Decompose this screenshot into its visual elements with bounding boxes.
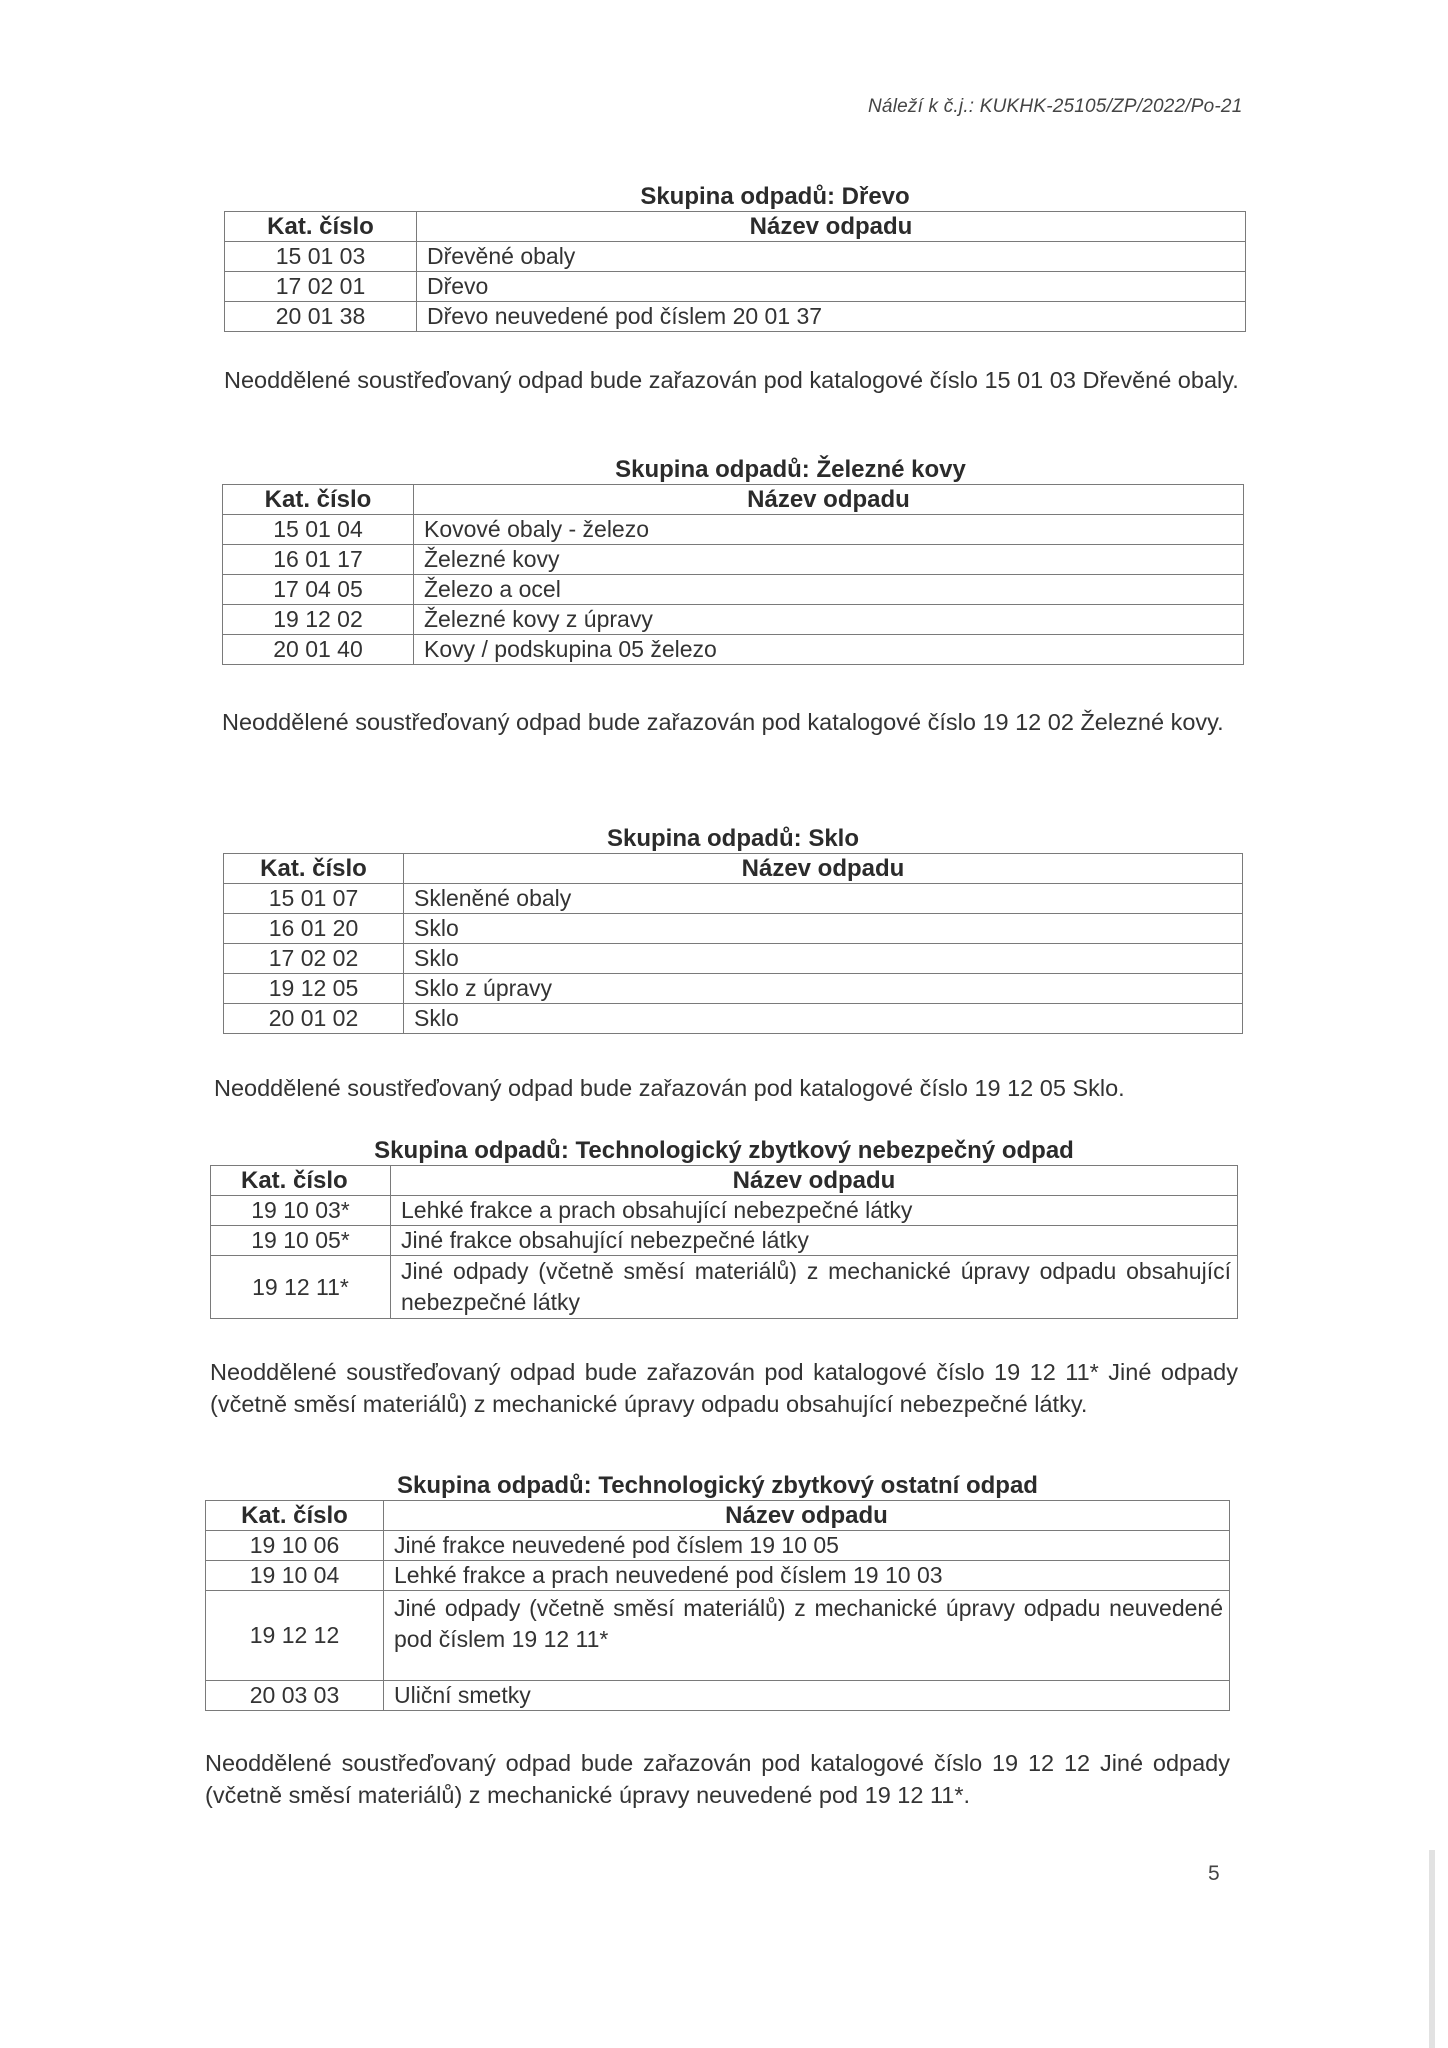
table-header-row: Kat. číslo Název odpadu — [206, 1501, 1230, 1531]
table-header-row: Kat. číslo Název odpadu — [225, 212, 1246, 242]
waste-code: 16 01 20 — [224, 914, 404, 944]
waste-code: 19 12 05 — [224, 974, 404, 1004]
group-technologicky-ostatni: Skupina odpadů: Technologický zbytkový o… — [205, 1472, 1230, 1711]
table-row: 19 12 05 Sklo z úpravy — [224, 974, 1243, 1004]
group-note: Neoddělené soustřeďovaný odpad bude zařa… — [205, 1747, 1230, 1811]
table-row: 16 01 20 Sklo — [224, 914, 1243, 944]
waste-code: 19 12 11* — [211, 1256, 391, 1319]
scan-edge — [1429, 1850, 1435, 2048]
table-row: 20 01 38 Dřevo neuvedené pod číslem 20 0… — [225, 302, 1246, 332]
table-header-row: Kat. číslo Název odpadu — [211, 1166, 1238, 1196]
table-row: 19 12 02 Železné kovy z úpravy — [223, 605, 1244, 635]
table-row: 20 03 03 Uliční smetky — [206, 1681, 1230, 1711]
waste-name: Uliční smetky — [384, 1681, 1230, 1711]
group-sklo: Skupina odpadů: Sklo Kat. číslo Název od… — [223, 825, 1243, 1034]
table-row: 15 01 07 Skleněné obaly — [224, 884, 1243, 914]
group-note: Neoddělené soustřeďovaný odpad bude zařa… — [224, 364, 1246, 396]
waste-name: Dřevo neuvedené pod číslem 20 01 37 — [417, 302, 1246, 332]
waste-name: Sklo z úpravy — [404, 974, 1243, 1004]
column-header-code: Kat. číslo — [206, 1501, 384, 1531]
waste-code: 15 01 04 — [223, 515, 414, 545]
column-header-name: Název odpadu — [384, 1501, 1230, 1531]
waste-name: Sklo — [404, 914, 1243, 944]
group-note: Neoddělené soustřeďovaný odpad bude zařa… — [210, 1356, 1238, 1420]
table-row: 19 12 11* Jiné odpady (včetně směsí mate… — [211, 1256, 1238, 1319]
waste-code: 19 10 03* — [211, 1196, 391, 1226]
table-row: 15 01 04 Kovové obaly - železo — [223, 515, 1244, 545]
waste-code: 19 12 12 — [206, 1591, 384, 1681]
waste-code: 17 04 05 — [223, 575, 414, 605]
waste-code: 19 10 06 — [206, 1531, 384, 1561]
column-header-code: Kat. číslo — [225, 212, 417, 242]
group-technologicky-nebezpecny: Skupina odpadů: Technologický zbytkový n… — [210, 1137, 1238, 1319]
document-reference: Náleží k č.j.: KUKHK-25105/ZP/2022/Po-21 — [868, 96, 1242, 118]
page-number: 5 — [1208, 1862, 1220, 1886]
table-row: 19 10 04 Lehké frakce a prach neuvedené … — [206, 1561, 1230, 1591]
waste-name: Sklo — [404, 944, 1243, 974]
group-title: Skupina odpadů: Technologický zbytkový n… — [210, 1137, 1238, 1165]
waste-table: Kat. číslo Název odpadu 15 01 04 Kovové … — [222, 484, 1244, 665]
waste-table: Kat. číslo Název odpadu 15 01 03 Dřevěné… — [224, 211, 1246, 332]
waste-name: Lehké frakce a prach obsahující nebezpeč… — [391, 1196, 1238, 1226]
waste-name: Dřevěné obaly — [417, 242, 1246, 272]
group-note: Neoddělené soustřeďovaný odpad bude zařa… — [222, 706, 1244, 738]
table-row: 17 02 02 Sklo — [224, 944, 1243, 974]
waste-code: 20 03 03 — [206, 1681, 384, 1711]
table-row: 20 01 02 Sklo — [224, 1004, 1243, 1034]
table-row: 15 01 03 Dřevěné obaly — [225, 242, 1246, 272]
column-header-name: Název odpadu — [404, 854, 1243, 884]
group-title: Skupina odpadů: Železné kovy — [222, 456, 1244, 484]
waste-code: 17 02 01 — [225, 272, 417, 302]
table-row: 17 02 01 Dřevo — [225, 272, 1246, 302]
column-header-code: Kat. číslo — [211, 1166, 391, 1196]
column-header-name: Název odpadu — [391, 1166, 1238, 1196]
group-title: Skupina odpadů: Technologický zbytkový o… — [205, 1472, 1230, 1500]
table-row: 17 04 05 Železo a ocel — [223, 575, 1244, 605]
waste-code: 17 02 02 — [224, 944, 404, 974]
group-note: Neoddělené soustřeďovaný odpad bude zařa… — [214, 1072, 1244, 1104]
table-row: 19 10 06 Jiné frakce neuvedené pod čísle… — [206, 1531, 1230, 1561]
table-row: 19 12 12 Jiné odpady (včetně směsí mater… — [206, 1591, 1230, 1681]
waste-name: Skleněné obaly — [404, 884, 1243, 914]
waste-name: Kovy / podskupina 05 železo — [414, 635, 1244, 665]
waste-code: 15 01 03 — [225, 242, 417, 272]
table-row: 19 10 05* Jiné frakce obsahující nebezpe… — [211, 1226, 1238, 1256]
waste-code: 19 10 04 — [206, 1561, 384, 1591]
column-header-code: Kat. číslo — [224, 854, 404, 884]
column-header-code: Kat. číslo — [223, 485, 414, 515]
waste-code: 19 10 05* — [211, 1226, 391, 1256]
waste-name: Jiné odpady (včetně směsí materiálů) z m… — [391, 1256, 1238, 1319]
group-zelezne-kovy: Skupina odpadů: Železné kovy Kat. číslo … — [222, 456, 1244, 665]
table-row: 16 01 17 Železné kovy — [223, 545, 1244, 575]
waste-name: Kovové obaly - železo — [414, 515, 1244, 545]
waste-name: Lehké frakce a prach neuvedené pod čísle… — [384, 1561, 1230, 1591]
waste-code: 16 01 17 — [223, 545, 414, 575]
group-drevo: Skupina odpadů: Dřevo Kat. číslo Název o… — [224, 183, 1246, 332]
table-header-row: Kat. číslo Název odpadu — [224, 854, 1243, 884]
waste-table: Kat. číslo Název odpadu 15 01 07 Skleněn… — [223, 853, 1243, 1034]
waste-code: 20 01 02 — [224, 1004, 404, 1034]
waste-name: Dřevo — [417, 272, 1246, 302]
column-header-name: Název odpadu — [417, 212, 1246, 242]
waste-name: Sklo — [404, 1004, 1243, 1034]
waste-name: Jiné frakce neuvedené pod číslem 19 10 0… — [384, 1531, 1230, 1561]
waste-code: 15 01 07 — [224, 884, 404, 914]
column-header-name: Název odpadu — [414, 485, 1244, 515]
waste-table: Kat. číslo Název odpadu 19 10 03* Lehké … — [210, 1165, 1238, 1319]
waste-name: Jiné odpady (včetně směsí materiálů) z m… — [384, 1591, 1230, 1681]
table-row: 19 10 03* Lehké frakce a prach obsahujíc… — [211, 1196, 1238, 1226]
waste-code: 20 01 38 — [225, 302, 417, 332]
waste-name: Železné kovy — [414, 545, 1244, 575]
waste-code: 19 12 02 — [223, 605, 414, 635]
group-title: Skupina odpadů: Sklo — [223, 825, 1243, 853]
waste-name: Železné kovy z úpravy — [414, 605, 1244, 635]
table-header-row: Kat. číslo Název odpadu — [223, 485, 1244, 515]
waste-name: Železo a ocel — [414, 575, 1244, 605]
waste-table: Kat. číslo Název odpadu 19 10 06 Jiné fr… — [205, 1500, 1230, 1711]
group-title: Skupina odpadů: Dřevo — [224, 183, 1246, 211]
waste-name: Jiné frakce obsahující nebezpečné látky — [391, 1226, 1238, 1256]
waste-code: 20 01 40 — [223, 635, 414, 665]
table-row: 20 01 40 Kovy / podskupina 05 železo — [223, 635, 1244, 665]
